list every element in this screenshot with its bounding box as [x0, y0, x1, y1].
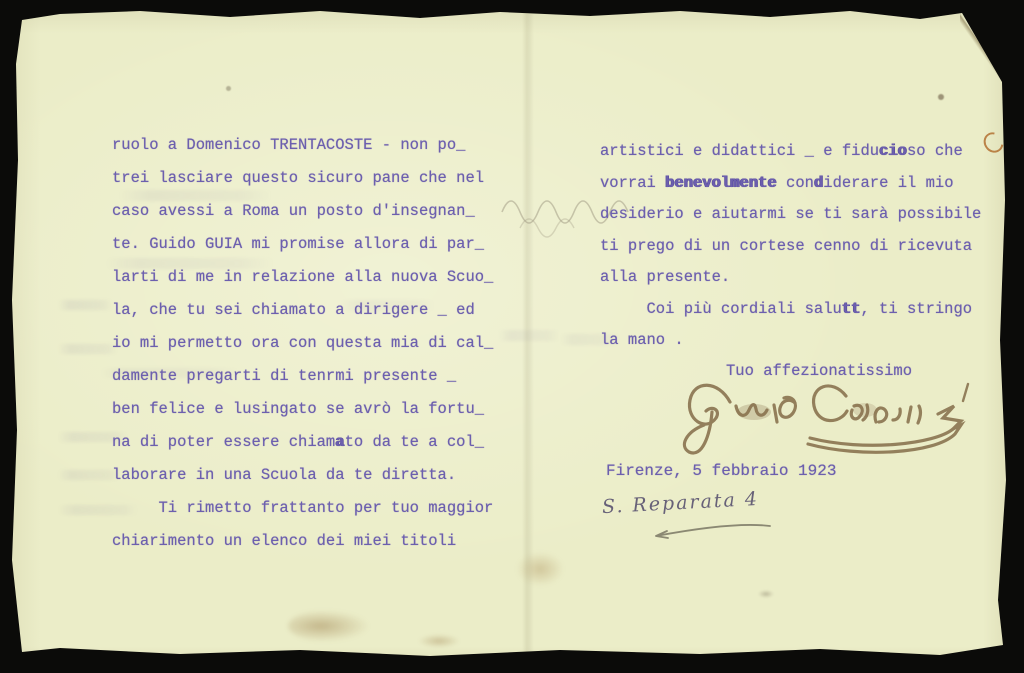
- letter-line: desiderio e aiutarmi se ti sarà possibil…: [600, 205, 981, 237]
- paper-speck: [758, 590, 774, 598]
- letter-line: caso avessi a Roma un posto d'insegnan_: [112, 202, 493, 235]
- letter-line: Ti rimetto frattanto per tuo maggior: [112, 499, 493, 532]
- letter-line: vorrai benevolmente condiderare il mio: [600, 174, 981, 206]
- letter-line: artistici e didattici _ e fiducioso che: [600, 142, 981, 174]
- corner-fold-edge: [960, 12, 1006, 85]
- address-underline-flourish: [648, 522, 778, 540]
- letter-right-column: artistici e didattici _ e fiducioso chev…: [600, 142, 981, 363]
- paper-stain: [418, 634, 460, 648]
- center-fold-crease: [522, 0, 534, 673]
- letter-line: alla presente.: [600, 268, 981, 300]
- letter-line: chiarimento un elenco dei miei titoli: [112, 532, 493, 565]
- letter-line: te. Guido GUIA mi promise allora di par_: [112, 235, 493, 268]
- letter-line: la, che tu sei chiamato a dirigere _ ed: [112, 301, 493, 334]
- letter-paper: ruolo a Domenico TRENTACOSTE - non po_tr…: [0, 0, 1024, 673]
- scanned-letter-background: ruolo a Domenico TRENTACOSTE - non po_tr…: [0, 0, 1024, 673]
- address-handwritten: S. Reparata 4: [602, 488, 760, 518]
- letter-line: trei lasciare questo sicuro pane che nel: [112, 169, 493, 202]
- paper-speck: [226, 86, 231, 91]
- letter-line: ben felice e lusingato se avrò la fortu_: [112, 400, 493, 433]
- letter-line: ti prego di un cortese cenno di ricevuta: [600, 237, 981, 269]
- letter-line: ruolo a Domenico TRENTACOSTE - non po_: [112, 136, 493, 169]
- dateline: Firenze, 5 febbraio 1923: [606, 462, 836, 480]
- rust-mark: [980, 128, 1008, 156]
- paper-stain: [516, 552, 564, 586]
- signature-guido-calori: [650, 372, 980, 467]
- corner-fold-top-right: [962, 13, 1004, 83]
- bleed-through-smudge: [58, 470, 120, 480]
- bleed-through-smudge: [58, 300, 113, 310]
- bleed-through-smudge: [498, 330, 560, 341]
- letter-line: larti di me in relazione alla nuova Scuo…: [112, 268, 493, 301]
- letter-left-column: ruolo a Domenico TRENTACOSTE - non po_tr…: [112, 136, 493, 565]
- bleed-through-smudge: [58, 344, 118, 354]
- letter-line: na di poter essere chiamato da te a col_: [112, 433, 493, 466]
- paper-stain: [288, 610, 370, 642]
- letter-line: laborare in una Scuola da te diretta.: [112, 466, 493, 499]
- letter-line: damente pregarti di tenrmi presente _: [112, 367, 493, 400]
- letter-line: la mano .: [600, 331, 981, 363]
- paper-speck: [938, 94, 944, 100]
- letter-line: Coi più cordiali salutt, ti stringo: [600, 300, 981, 332]
- letter-line: io mi permetto ora con questa mia di cal…: [112, 334, 493, 367]
